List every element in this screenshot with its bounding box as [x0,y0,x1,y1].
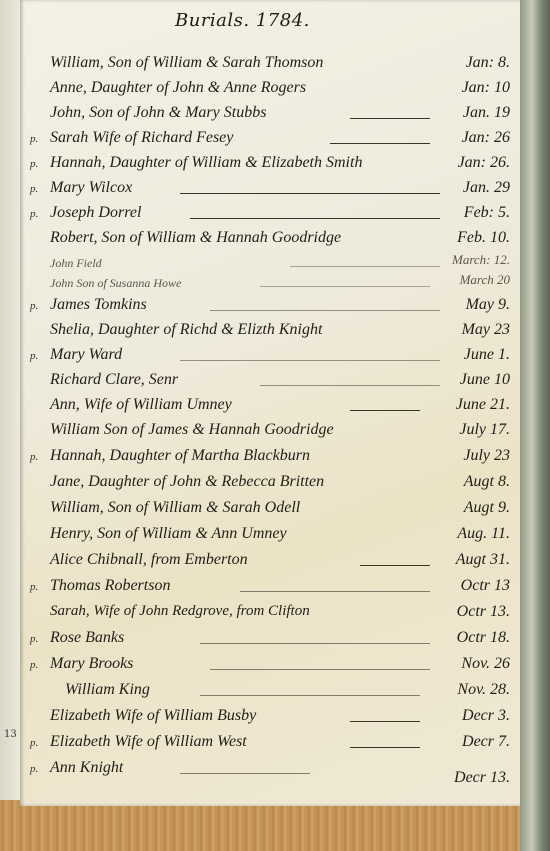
entry-mark: p. [30,183,44,195]
entry-name: Elizabeth Wife of William West [50,733,247,751]
burial-entry: p.Thomas RobertsonOctr 13 [30,577,510,601]
entry-name: Ann Knight [50,759,123,777]
entry-mark: p. [30,300,44,312]
entry-name: Anne, Daughter of John & Anne Rogers [50,79,306,97]
dash-rule [360,565,430,566]
entry-mark: p. [30,633,44,645]
entry-name: John Field [50,256,102,271]
entry-name: William King [65,681,150,699]
burial-entry: Jane, Daughter of John & Rebecca Britten… [30,473,510,497]
burial-entry: William, Son of William & Sarah ThomsonJ… [30,54,510,78]
entry-name: John Son of Susanna Howe [50,276,181,291]
entry-date: June 21. [456,396,510,414]
entry-date: Decr 7. [462,733,510,751]
page-title: Burials. 1784. [175,10,310,31]
burial-entry: William, Son of William & Sarah OdellAug… [30,499,510,523]
entry-name: Elizabeth Wife of William Busby [50,707,256,725]
entry-date: Jan: 8. [466,54,510,72]
dash-rule [200,695,420,696]
entry-date: Nov. 28. [457,681,510,699]
entry-date: June 10 [460,371,510,389]
entry-date: Jan. 29 [463,179,510,197]
entry-date: Decr 13. [454,769,510,787]
entry-name: Richard Clare, Senr [50,371,178,389]
entry-date: Nov. 26 [461,655,510,673]
dash-rule [350,410,420,411]
burial-entry: Richard Clare, SenrJune 10 [30,371,510,395]
dash-rule [180,193,440,194]
entry-mark: p. [30,451,44,463]
entry-name: Robert, Son of William & Hannah Goodridg… [50,229,341,247]
entry-date: June 1. [464,346,510,364]
entry-name: Mary Wilcox [50,179,132,197]
entry-date: Decr 3. [462,707,510,725]
burial-entry: p.Hannah, Daughter of Martha BlackburnJu… [30,447,510,471]
burial-entry: p.Joseph DorrelFeb: 5. [30,204,510,228]
entry-mark: p. [30,737,44,749]
dash-rule [350,118,430,119]
book-spine-edge [520,0,550,851]
entry-name: John, Son of John & Mary Stubbs [50,104,266,122]
entry-name: William, Son of William & Sarah Thomson [50,54,323,72]
entry-date: Augt 31. [456,551,510,569]
entry-date: Aug. 11. [457,525,510,543]
entry-mark: p. [30,133,44,145]
entry-date: Feb: 5. [464,204,510,222]
entry-date: March 20 [460,272,510,288]
burial-entry: p.Elizabeth Wife of William WestDecr 7. [30,733,510,757]
facing-page-margin-text: 13 [4,715,17,755]
dash-rule [190,218,440,219]
entry-name: Mary Brooks [50,655,133,673]
dash-rule [350,747,420,748]
entry-date: Octr 13. [457,603,510,621]
burial-entry: p.Hannah, Daughter of William & Elizabet… [30,154,510,178]
entry-name: Sarah Wife of Richard Fesey [50,129,233,147]
entry-date: July 17. [459,421,510,439]
burial-entry: p.James TomkinsMay 9. [30,296,510,320]
entry-name: Henry, Son of William & Ann Umney [50,525,287,543]
entry-name: Ann, Wife of William Umney [50,396,232,414]
entry-date: July 23 [463,447,510,465]
burial-entry: Sarah, Wife of John Redgrove, from Clift… [30,603,510,627]
entry-name: William Son of James & Hannah Goodridge [50,421,334,439]
burial-entry: Robert, Son of William & Hannah Goodridg… [30,229,510,253]
dash-rule [180,360,440,361]
entry-date: May 9. [466,296,510,314]
entry-name: Sarah, Wife of John Redgrove, from Clift… [50,603,310,620]
burial-entry: Anne, Daughter of John & Anne RogersJan:… [30,79,510,103]
dash-rule [180,773,310,774]
entry-name: Alice Chibnall, from Emberton [50,551,248,569]
burial-entry: Alice Chibnall, from EmbertonAugt 31. [30,551,510,575]
dash-rule [290,266,440,267]
entry-name: Shelia, Daughter of Richd & Elizth Knigh… [50,321,322,339]
burial-entry: Henry, Son of William & Ann UmneyAug. 11… [30,525,510,549]
entry-name: James Tomkins [50,296,147,314]
dash-rule [260,286,430,287]
burial-entry: p.Sarah Wife of Richard FeseyJan: 26 [30,129,510,153]
burial-entry: Ann, Wife of William UmneyJune 21. [30,396,510,420]
entry-date: Feb. 10. [457,229,510,247]
entry-mark: p. [30,763,44,775]
burial-entry: p.Rose BanksOctr 18. [30,629,510,653]
burial-entry: John, Son of John & Mary StubbsJan. 19 [30,104,510,128]
entry-mark: p. [30,659,44,671]
entry-name: Joseph Dorrel [50,204,141,222]
entry-name: Jane, Daughter of John & Rebecca Britten [50,473,324,491]
entry-mark: p. [30,350,44,362]
dash-rule [330,143,430,144]
entry-date: Octr 18. [457,629,510,647]
dash-rule [350,721,420,722]
entry-date: Jan. 19 [463,104,510,122]
dash-rule [260,385,440,386]
burial-entry: p.Mary WardJune 1. [30,346,510,370]
entry-date: May 23 [462,321,510,339]
entry-name: Hannah, Daughter of Martha Blackburn [50,447,310,465]
burial-entry: Shelia, Daughter of Richd & Elizth Knigh… [30,321,510,345]
burial-entry: William Son of James & Hannah GoodridgeJ… [30,421,510,445]
entry-date: Jan: 10 [462,79,510,97]
entry-name: Hannah, Daughter of William & Elizabeth … [50,154,362,172]
dash-rule [240,591,430,592]
entry-mark: p. [30,208,44,220]
entry-date: Augt 9. [464,499,510,517]
burial-entry: William KingNov. 28. [30,681,510,705]
entry-name: Rose Banks [50,629,124,647]
entry-mark: p. [30,158,44,170]
dash-rule [210,669,430,670]
burial-entry: p.Mary BrooksNov. 26 [30,655,510,679]
entry-date: Jan: 26. [458,154,510,172]
entry-mark: p. [30,581,44,593]
entry-name: Mary Ward [50,346,122,364]
burial-entry: John Son of Susanna HoweMarch 20 [30,272,510,296]
entry-name: William, Son of William & Sarah Odell [50,499,300,517]
burial-entry: p.Mary WilcoxJan. 29 [30,179,510,203]
burial-entry: Elizabeth Wife of William BusbyDecr 3. [30,707,510,731]
entry-date: Augt 8. [464,473,510,491]
dash-rule [210,310,440,311]
dash-rule [200,643,430,644]
entry-date: Jan: 26 [462,129,510,147]
entry-date: March: 12. [452,252,510,268]
burial-entry: p.Ann KnightDecr 13. [30,759,510,783]
entry-date: Octr 13 [461,577,510,595]
entry-name: Thomas Robertson [50,577,170,595]
